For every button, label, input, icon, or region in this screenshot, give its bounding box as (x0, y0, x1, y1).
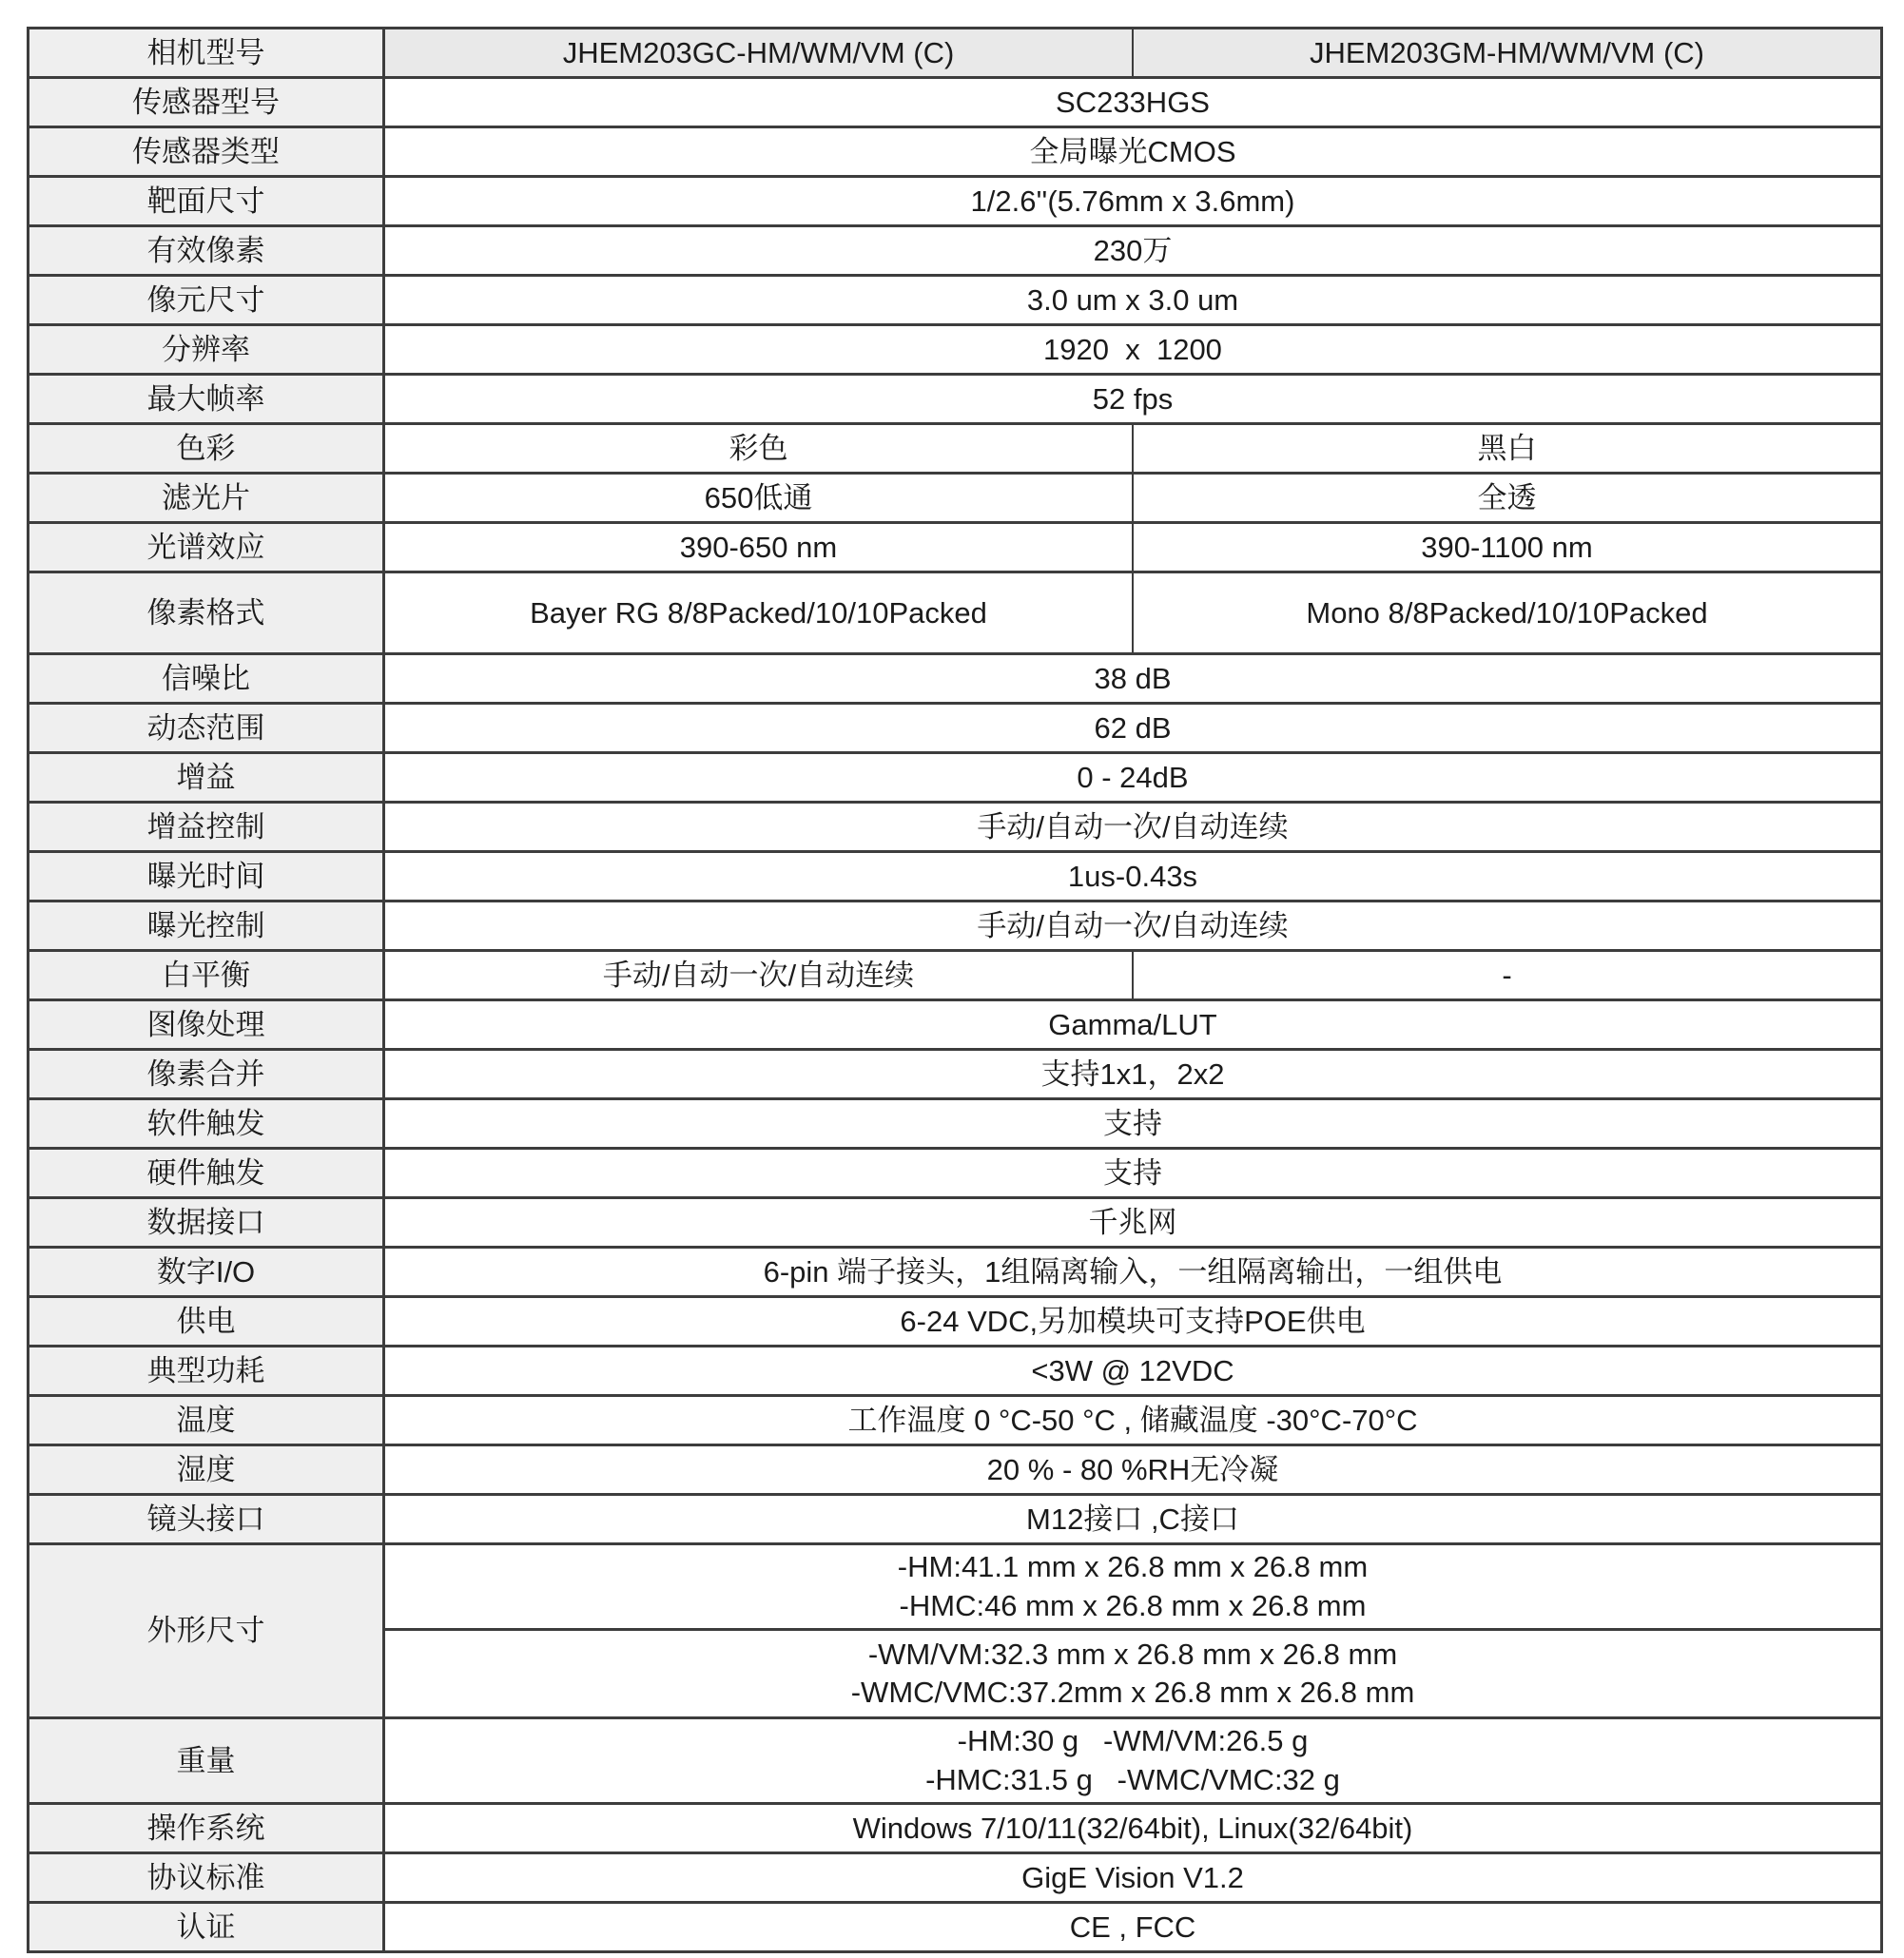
row-label: 数字I/O (29, 1249, 385, 1295)
table-row: 传感器型号SC233HGS (29, 79, 1880, 128)
table-row: 重量-HM:30 g -WM/VM:26.5 g-HMC:31.5 g -WMC… (29, 1719, 1880, 1805)
spec-value-right: - (1134, 952, 1880, 998)
spec-value: Gamma/LUT (385, 1001, 1880, 1048)
spec-value: 支持1x1，2x2 (385, 1051, 1880, 1097)
row-label: 相机型号 (29, 29, 385, 76)
row-label: 分辨率 (29, 326, 385, 373)
row-label: 典型功耗 (29, 1347, 385, 1394)
spec-value-line: -HM:30 g -WM/VM:26.5 g (958, 1722, 1309, 1760)
row-label: 外形尺寸 (29, 1545, 385, 1716)
table-row: 白平衡手动/自动一次/自动连续- (29, 952, 1880, 1001)
table-row: 有效像素230万 (29, 227, 1880, 277)
table-row: 镜头接口M12接口 ,C接口 (29, 1496, 1880, 1545)
spec-value-line: -HMC:46 mm x 26.8 mm x 26.8 mm (900, 1587, 1367, 1625)
spec-subrow: -HM:41.1 mm x 26.8 mm x 26.8 mm-HMC:46 m… (385, 1545, 1880, 1631)
row-label: 增益 (29, 754, 385, 801)
spec-value: M12接口 ,C接口 (385, 1496, 1880, 1542)
table-row: 像素合并支持1x1，2x2 (29, 1051, 1880, 1100)
row-label: 温度 (29, 1397, 385, 1444)
spec-value: 支持 (385, 1150, 1880, 1196)
row-label: 最大帧率 (29, 376, 385, 422)
row-label: 色彩 (29, 425, 385, 472)
row-label: 湿度 (29, 1446, 385, 1493)
spec-value: 1920 x 1200 (385, 326, 1880, 373)
table-row: 像元尺寸3.0 um x 3.0 um (29, 277, 1880, 326)
spec-value: 6-pin 端子接头，1组隔离输入，一组隔离输出，一组供电 (385, 1249, 1880, 1295)
table-row: 分辨率1920 x 1200 (29, 326, 1880, 376)
table-row: 曝光控制手动/自动一次/自动连续 (29, 902, 1880, 952)
spec-value-left: 手动/自动一次/自动连续 (385, 952, 1134, 998)
table-row: 外形尺寸-HM:41.1 mm x 26.8 mm x 26.8 mm-HMC:… (29, 1545, 1880, 1719)
table-row: 硬件触发支持 (29, 1150, 1880, 1199)
table-row: 协议标准GigE Vision V1.2 (29, 1854, 1880, 1904)
table-row: 增益0 - 24dB (29, 754, 1880, 804)
spec-value: 全局曝光CMOS (385, 128, 1880, 175)
table-row: 供电6-24 VDC,另加模块可支持POE供电 (29, 1298, 1880, 1347)
table-row: 像素格式Bayer RG 8/8Packed/10/10PackedMono 8… (29, 573, 1880, 655)
row-label: 光谱效应 (29, 524, 385, 571)
spec-value-right: 黑白 (1134, 425, 1880, 472)
spec-value: 1us-0.43s (385, 853, 1880, 900)
table-row: 信噪比38 dB (29, 655, 1880, 705)
row-label: 白平衡 (29, 952, 385, 998)
row-label: 传感器类型 (29, 128, 385, 175)
spec-value-right: 390-1100 nm (1134, 524, 1880, 571)
spec-value: 千兆网 (385, 1199, 1880, 1246)
row-label: 像素格式 (29, 573, 385, 652)
row-label: 镜头接口 (29, 1496, 385, 1542)
spec-value-left: JHEM203GC-HM/WM/VM (C) (385, 29, 1134, 76)
row-label: 曝光时间 (29, 853, 385, 900)
spec-value: 38 dB (385, 655, 1880, 702)
table-row: 滤光片650低通全透 (29, 475, 1880, 524)
table-row: 色彩彩色黑白 (29, 425, 1880, 475)
spec-value: <3W @ 12VDC (385, 1347, 1880, 1394)
table-row: 数字I/O6-pin 端子接头，1组隔离输入，一组隔离输出，一组供电 (29, 1249, 1880, 1298)
row-label: 曝光控制 (29, 902, 385, 949)
table-row: 动态范围62 dB (29, 705, 1880, 754)
row-label: 供电 (29, 1298, 385, 1345)
table-row: 数据接口千兆网 (29, 1199, 1880, 1249)
spec-value: GigE Vision V1.2 (385, 1854, 1880, 1901)
spec-value-right: JHEM203GM-HM/WM/VM (C) (1134, 29, 1880, 76)
row-label: 硬件触发 (29, 1150, 385, 1196)
spec-value-line: -HMC:31.5 g -WMC/VMC:32 g (925, 1761, 1340, 1799)
spec-value: Windows 7/10/11(32/64bit), Linux(32/64bi… (385, 1805, 1880, 1851)
table-row: 认证CE , FCC (29, 1904, 1880, 1953)
spec-value-right: 全透 (1134, 475, 1880, 521)
row-label: 协议标准 (29, 1854, 385, 1901)
spec-value-left: 650低通 (385, 475, 1134, 521)
spec-value-left: 彩色 (385, 425, 1134, 472)
table-row: 温度工作温度 0 °C-50 °C , 储藏温度 -30°C-70°C (29, 1397, 1880, 1446)
row-label: 动态范围 (29, 705, 385, 751)
spec-value: 62 dB (385, 705, 1880, 751)
spec-value: 0 - 24dB (385, 754, 1880, 801)
row-label: 像素合并 (29, 1051, 385, 1097)
spec-value: 手动/自动一次/自动连续 (385, 804, 1880, 850)
table-row: 靶面尺寸1/2.6''(5.76mm x 3.6mm) (29, 178, 1880, 227)
table-row: 曝光时间1us-0.43s (29, 853, 1880, 902)
spec-value: -HM:30 g -WM/VM:26.5 g-HMC:31.5 g -WMC/V… (385, 1719, 1880, 1802)
row-label: 数据接口 (29, 1199, 385, 1246)
row-label: 传感器型号 (29, 79, 385, 126)
spec-table: 相机型号JHEM203GC-HM/WM/VM (C)JHEM203GM-HM/W… (27, 27, 1883, 1953)
spec-value: 20 % - 80 %RH无冷凝 (385, 1446, 1880, 1493)
table-row: 增益控制手动/自动一次/自动连续 (29, 804, 1880, 853)
row-label: 像元尺寸 (29, 277, 385, 323)
stacked-values: -HM:41.1 mm x 26.8 mm x 26.8 mm-HMC:46 m… (385, 1545, 1880, 1716)
row-label: 认证 (29, 1904, 385, 1950)
table-row: 相机型号JHEM203GC-HM/WM/VM (C)JHEM203GM-HM/W… (29, 29, 1880, 79)
spec-value-line: -WM/VM:32.3 mm x 26.8 mm x 26.8 mm (868, 1636, 1397, 1674)
spec-value: CE , FCC (385, 1904, 1880, 1950)
row-label: 重量 (29, 1719, 385, 1802)
spec-subrow: -WM/VM:32.3 mm x 26.8 mm x 26.8 mm-WMC/V… (385, 1631, 1880, 1716)
row-label: 增益控制 (29, 804, 385, 850)
row-label: 操作系统 (29, 1805, 385, 1851)
row-label: 有效像素 (29, 227, 385, 274)
table-row: 软件触发支持 (29, 1100, 1880, 1150)
spec-value-left: 390-650 nm (385, 524, 1134, 571)
row-label: 滤光片 (29, 475, 385, 521)
spec-value: 3.0 um x 3.0 um (385, 277, 1880, 323)
table-row: 图像处理Gamma/LUT (29, 1001, 1880, 1051)
table-row: 传感器类型全局曝光CMOS (29, 128, 1880, 178)
table-row: 最大帧率52 fps (29, 376, 1880, 425)
spec-value: 230万 (385, 227, 1880, 274)
spec-value-line: -HM:41.1 mm x 26.8 mm x 26.8 mm (898, 1548, 1368, 1586)
spec-value-left: Bayer RG 8/8Packed/10/10Packed (385, 573, 1134, 652)
table-row: 湿度20 % - 80 %RH无冷凝 (29, 1446, 1880, 1496)
row-label: 靶面尺寸 (29, 178, 385, 224)
spec-value: 工作温度 0 °C-50 °C , 储藏温度 -30°C-70°C (385, 1397, 1880, 1444)
spec-value: 1/2.6''(5.76mm x 3.6mm) (385, 178, 1880, 224)
table-row: 光谱效应390-650 nm390-1100 nm (29, 524, 1880, 573)
spec-value: SC233HGS (385, 79, 1880, 126)
spec-value-line: -WMC/VMC:37.2mm x 26.8 mm x 26.8 mm (851, 1674, 1415, 1712)
spec-value: 6-24 VDC,另加模块可支持POE供电 (385, 1298, 1880, 1345)
table-row: 操作系统Windows 7/10/11(32/64bit), Linux(32/… (29, 1805, 1880, 1854)
table-row: 典型功耗<3W @ 12VDC (29, 1347, 1880, 1397)
spec-value-right: Mono 8/8Packed/10/10Packed (1134, 573, 1880, 652)
spec-value: 手动/自动一次/自动连续 (385, 902, 1880, 949)
spec-value: 支持 (385, 1100, 1880, 1147)
spec-value: 52 fps (385, 376, 1880, 422)
row-label: 软件触发 (29, 1100, 385, 1147)
row-label: 信噪比 (29, 655, 385, 702)
row-label: 图像处理 (29, 1001, 385, 1048)
